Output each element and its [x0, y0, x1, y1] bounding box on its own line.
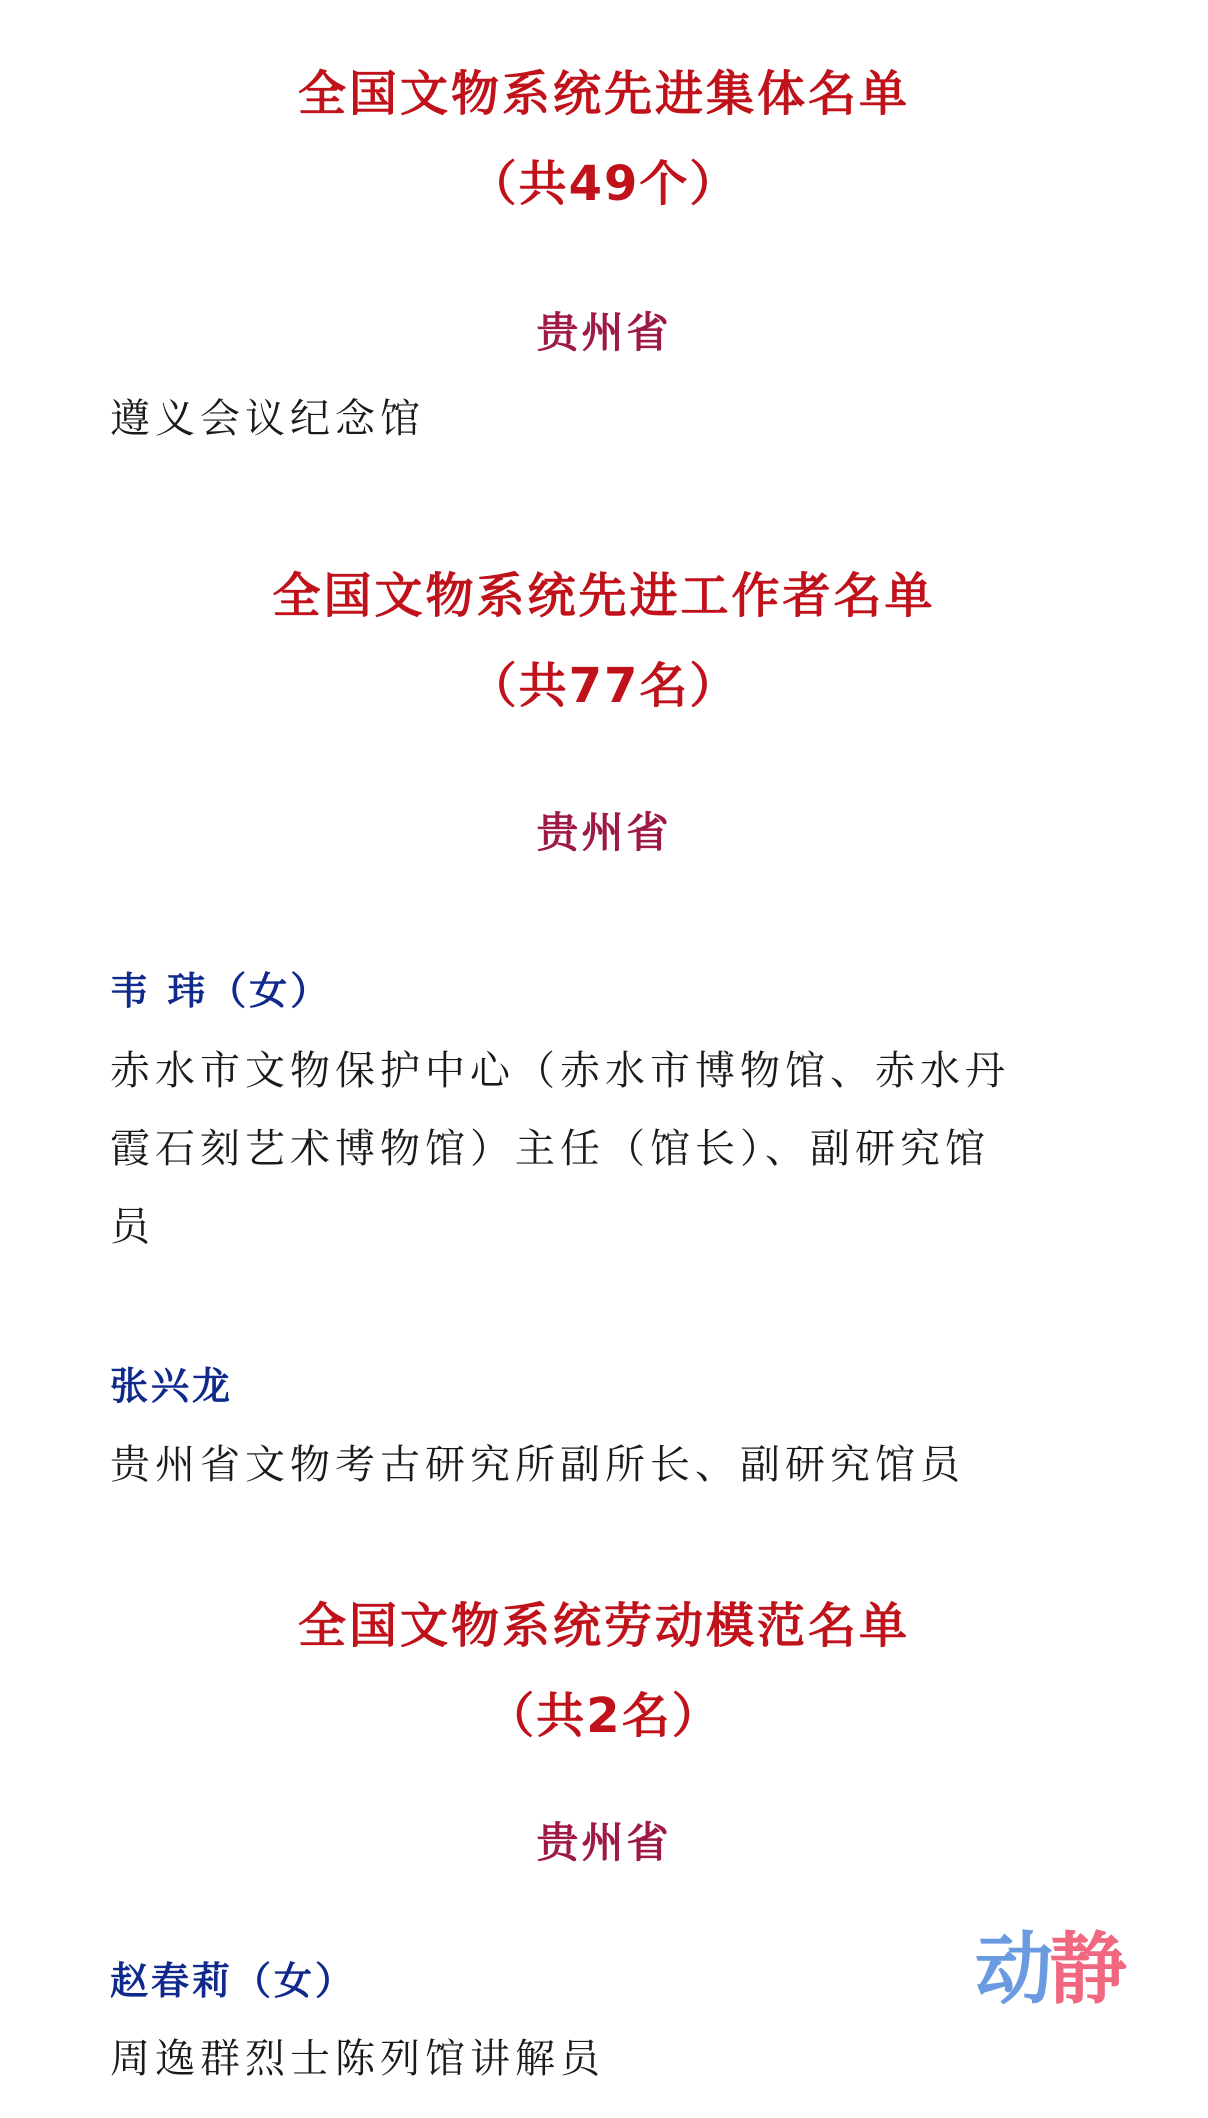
section-count-labor-models: （共2名） — [0, 1686, 1208, 1746]
document-page: 全国文物系统先进集体名单 （共49个） 贵州省 遵义会议纪念馆 全国文物系统先进… — [0, 0, 1208, 2118]
watermark-logo: 动静 — [975, 1925, 1123, 2015]
province-heading: 贵州省 — [0, 1815, 1208, 1871]
person-name: 赵春莉（女） — [110, 1956, 356, 2006]
section-title-advanced-workers: 全国文物系统先进工作者名单 — [0, 566, 1208, 626]
province-heading: 贵州省 — [0, 805, 1208, 861]
description-line: 员 — [110, 1188, 1110, 1266]
description-line: 周逸群烈士陈列馆讲解员 — [110, 2020, 1110, 2098]
person-description: 贵州省文物考古研究所副所长、副研究馆员 — [110, 1426, 1110, 1504]
entry-description: 遵义会议纪念馆 — [110, 380, 1110, 458]
section-count-advanced-collectives: （共49个） — [0, 154, 1208, 214]
section-title-advanced-collectives: 全国文物系统先进集体名单 — [0, 64, 1208, 124]
province-heading: 贵州省 — [0, 305, 1208, 361]
watermark-char-dong: 动 — [975, 1925, 1049, 2015]
watermark-char-jing: 静 — [1049, 1925, 1123, 2015]
section-title-labor-models: 全国文物系统劳动模范名单 — [0, 1596, 1208, 1656]
collective-entry: 遵义会议纪念馆 — [110, 380, 1110, 458]
person-name: 韦 玮（女） — [110, 966, 331, 1016]
section-count-advanced-workers: （共77名） — [0, 656, 1208, 716]
description-line: 霞石刻艺术博物馆）主任（馆长）、副研究馆 — [110, 1110, 1110, 1188]
description-line: 贵州省文物考古研究所副所长、副研究馆员 — [110, 1426, 1110, 1504]
person-description: 周逸群烈士陈列馆讲解员 — [110, 2020, 1110, 2098]
description-line: 赤水市文物保护中心（赤水市博物馆、赤水丹 — [110, 1032, 1110, 1110]
person-name: 张兴龙 — [110, 1361, 233, 1411]
person-description: 赤水市文物保护中心（赤水市博物馆、赤水丹 霞石刻艺术博物馆）主任（馆长）、副研究… — [110, 1032, 1110, 1266]
